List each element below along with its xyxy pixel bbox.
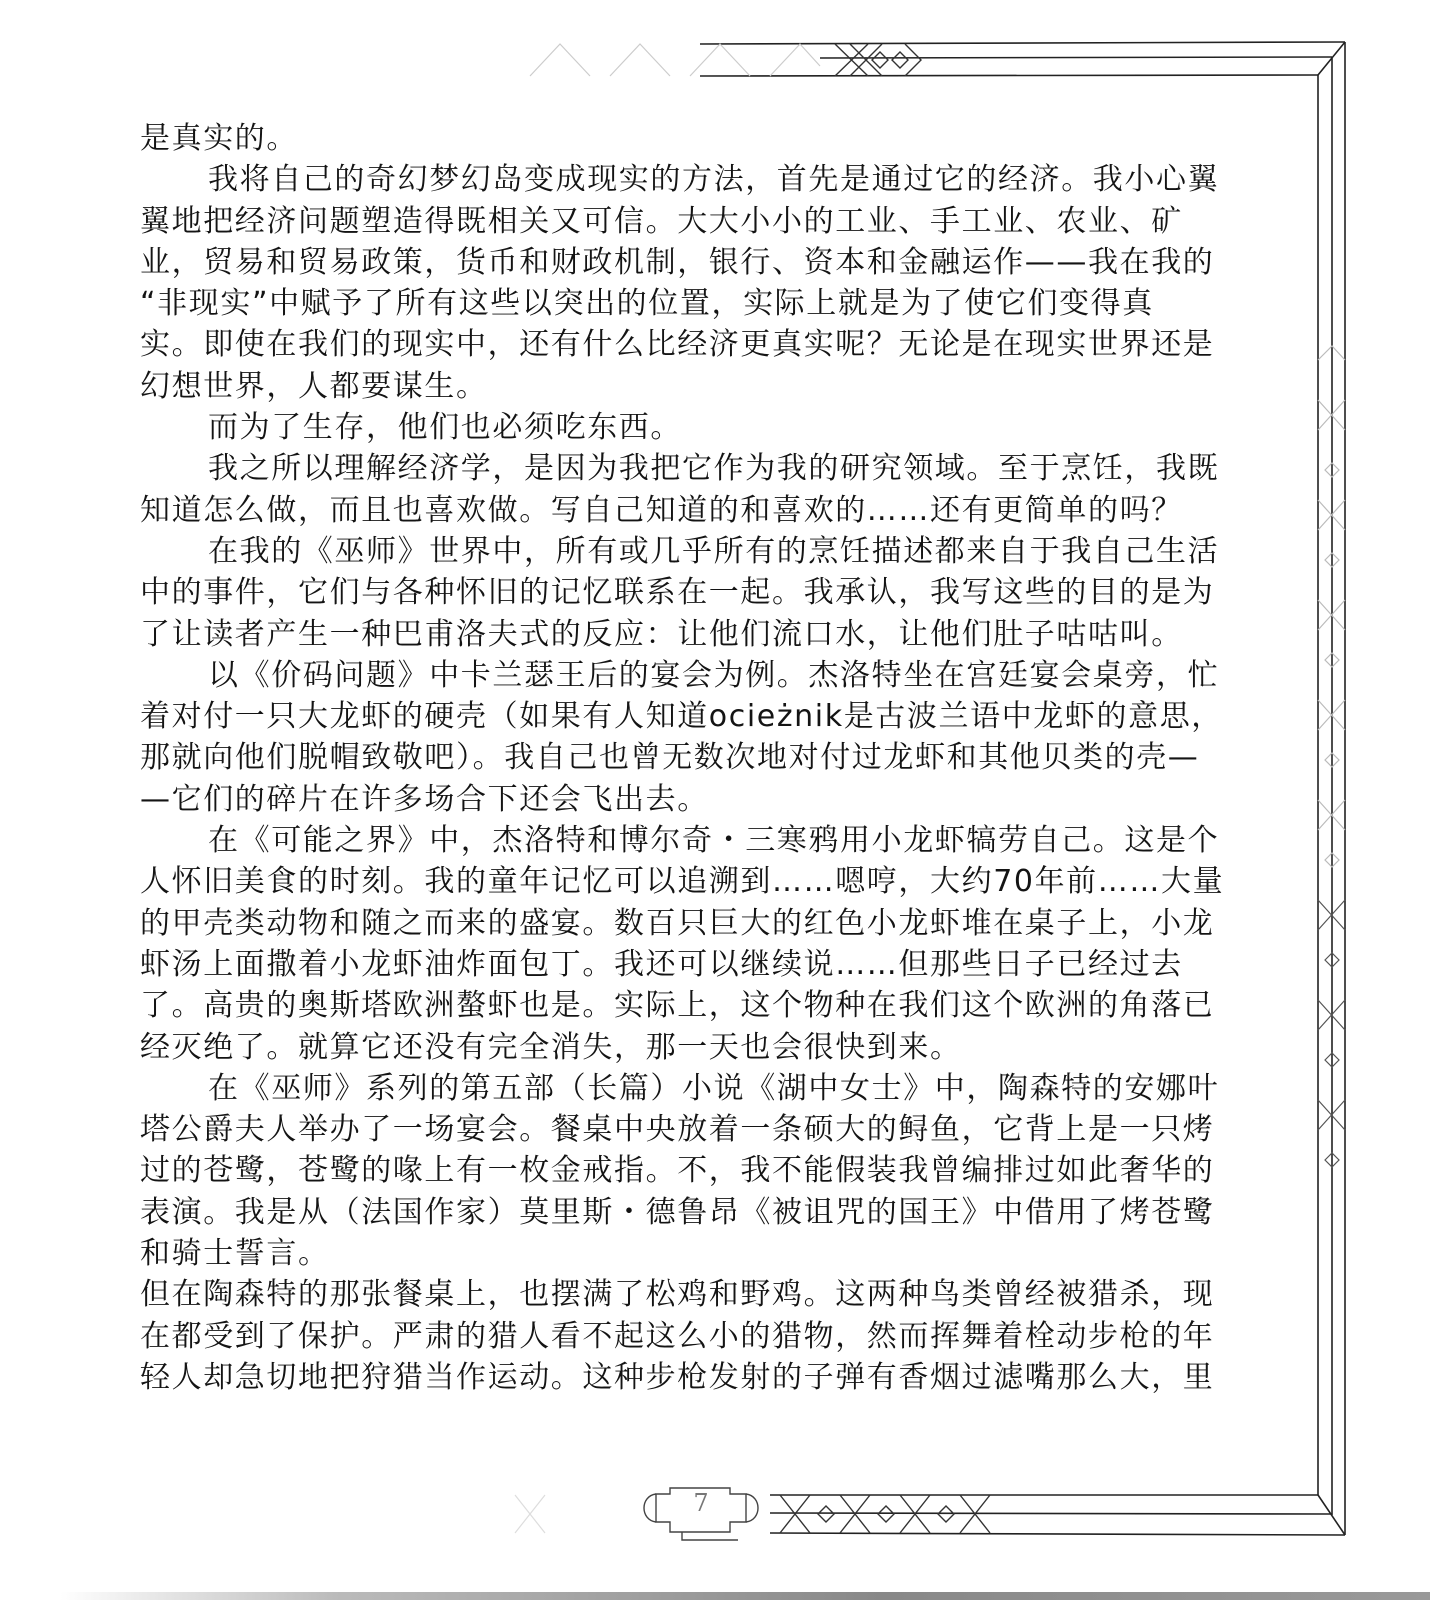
text-line: —它们的碎片在许多场合下还会飞出去。 [140, 779, 1250, 820]
text-line: 而为了生存，他们也必须吃东西。 [140, 407, 1250, 448]
text-line: 是真实的。 [140, 118, 1250, 159]
text-line: 业，贸易和贸易政策，货币和财政机制，银行、资本和金融运作——我在我的 [140, 242, 1250, 283]
page-number-cartouche: 7 [648, 1480, 754, 1530]
text-line: 幻想世界，人都要谋生。 [140, 366, 1250, 407]
text-line: 实。即使在我们的现实中，还有什么比经济更真实呢？无论是在现实世界还是 [140, 324, 1250, 365]
text-line: 的甲壳类动物和随之而来的盛宴。数百只巨大的红色小龙虾堆在桌子上，小龙 [140, 903, 1250, 944]
text-line: 在都受到了保护。严肃的猎人看不起这么小的猎物，然而挥舞着栓动步枪的年 [140, 1316, 1250, 1357]
text-line: 和骑士誓言。 [140, 1233, 1250, 1274]
page-number: 7 [648, 1480, 754, 1530]
text-line: 翼地把经济问题塑造得既相关又可信。大大小小的工业、手工业、农业、矿 [140, 201, 1250, 242]
text-line: 以《价码问题》中卡兰瑟王后的宴会为例。杰洛特坐在宫廷宴会桌旁，忙 [140, 655, 1250, 696]
text-line: 我之所以理解经济学，是因为我把它作为我的研究领域。至于烹饪，我既 [140, 448, 1250, 489]
text-line: 但在陶森特的那张餐桌上，也摆满了松鸡和野鸡。这两种鸟类曾经被猎杀，现 [140, 1274, 1250, 1315]
body-text: 是真实的。 我将自己的奇幻梦幻岛变成现实的方法，首先是通过它的经济。我小心翼 翼… [140, 118, 1250, 1398]
text-line: 表演。我是从（法国作家）莫里斯・德鲁昂《被诅咒的国王》中借用了烤苍鹭 [140, 1192, 1250, 1233]
text-line: 在《巫师》系列的第五部（长篇）小说《湖中女士》中，陶森特的安娜叶 [140, 1068, 1250, 1109]
page-edge-shadow [60, 1592, 1430, 1600]
book-page: 是真实的。 我将自己的奇幻梦幻岛变成现实的方法，首先是通过它的经济。我小心翼 翼… [0, 0, 1430, 1600]
text-line: 塔公爵夫人举办了一场宴会。餐桌中央放着一条硕大的鲟鱼，它背上是一只烤 [140, 1109, 1250, 1150]
text-line: “非现实”中赋予了所有这些以突出的位置，实际上就是为了使它们变得真 [140, 283, 1250, 324]
text-line: 人怀旧美食的时刻。我的童年记忆可以追溯到……嗯哼，大约70年前……大量 [140, 861, 1250, 902]
text-line: 着对付一只大龙虾的硬壳（如果有人知道ocieżnik是古波兰语中龙虾的意思， [140, 696, 1250, 737]
text-line: 过的苍鹭，苍鹭的喙上有一枚金戒指。不，我不能假装我曾编排过如此奢华的 [140, 1150, 1250, 1191]
text-line: 在我的《巫师》世界中，所有或几乎所有的烹饪描述都来自于我自己生活 [140, 531, 1250, 572]
text-line: 虾汤上面撒着小龙虾油炸面包丁。我还可以继续说……但那些日子已经过去 [140, 944, 1250, 985]
text-line: 在《可能之界》中，杰洛特和博尔奇・三寒鸦用小龙虾犒劳自己。这是个 [140, 820, 1250, 861]
text-line: 轻人却急切地把狩猎当作运动。这种步枪发射的子弹有香烟过滤嘴那么大，里 [140, 1357, 1250, 1398]
text-line: 中的事件，它们与各种怀旧的记忆联系在一起。我承认，我写这些的目的是为 [140, 572, 1250, 613]
text-line: 我将自己的奇幻梦幻岛变成现实的方法，首先是通过它的经济。我小心翼 [140, 159, 1250, 200]
text-line: 经灭绝了。就算它还没有完全消失，那一天也会很快到来。 [140, 1027, 1250, 1068]
text-line: 知道怎么做，而且也喜欢做。写自己知道的和喜欢的……还有更简单的吗？ [140, 490, 1250, 531]
text-line: 那就向他们脱帽致敬吧）。我自己也曾无数次地对付过龙虾和其他贝类的壳— [140, 737, 1250, 778]
text-line: 了让读者产生一种巴甫洛夫式的反应：让他们流口水，让他们肚子咕咕叫。 [140, 614, 1250, 655]
text-line: 了。高贵的奥斯塔欧洲螯虾也是。实际上，这个物种在我们这个欧洲的角落已 [140, 985, 1250, 1026]
